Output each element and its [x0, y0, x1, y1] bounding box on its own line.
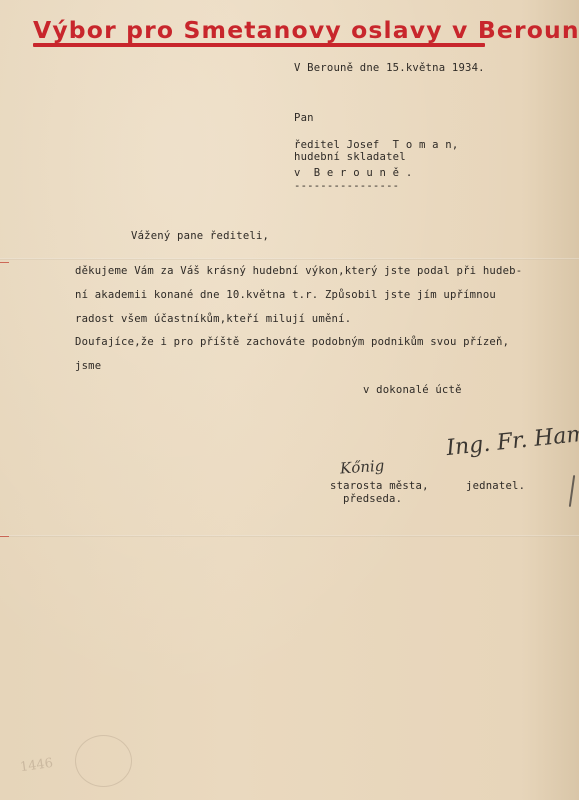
recipient-city: v B e r o u n ě .	[294, 167, 412, 179]
closing: v dokonalé úctě	[363, 384, 462, 396]
body-line: jsme	[75, 360, 101, 372]
date-line: V Berouně dne 15.května 1934.	[294, 62, 485, 74]
body-line: Doufajíce,že i pro příště zachováte podo…	[75, 336, 509, 348]
fold-line	[0, 535, 579, 537]
edge-mark	[0, 536, 9, 537]
body-line: děkujeme Vám za Váš krásný hudební výkon…	[75, 265, 522, 277]
recipient-salutation: Pan	[294, 112, 314, 124]
fold-line	[0, 258, 579, 260]
letterhead-title: Výbor pro Smetanovy oslavy v Berouně	[33, 16, 579, 44]
left-signatory-role-2: předseda.	[343, 493, 402, 505]
letter-paper	[0, 0, 579, 800]
body-line: ní akademii konané dne 10.května t.r. Zp…	[75, 289, 496, 301]
recipient-title: hudební skladatel	[294, 151, 406, 163]
greeting: Vážený pane řediteli,	[131, 230, 269, 242]
letterhead-rule	[33, 43, 485, 47]
body-line: radost všem účastníkům,kteří milují uměn…	[75, 313, 351, 325]
edge-mark	[0, 262, 9, 263]
archive-stamp-icon	[75, 735, 132, 787]
signature-left: Kőnig	[339, 456, 384, 477]
recipient-underline: ----------------	[294, 180, 399, 192]
right-signatory-role: jednatel.	[466, 480, 525, 492]
recipient-name: ředitel Josef T o m a n,	[294, 139, 458, 151]
left-signatory-role: starosta města,	[330, 480, 429, 492]
